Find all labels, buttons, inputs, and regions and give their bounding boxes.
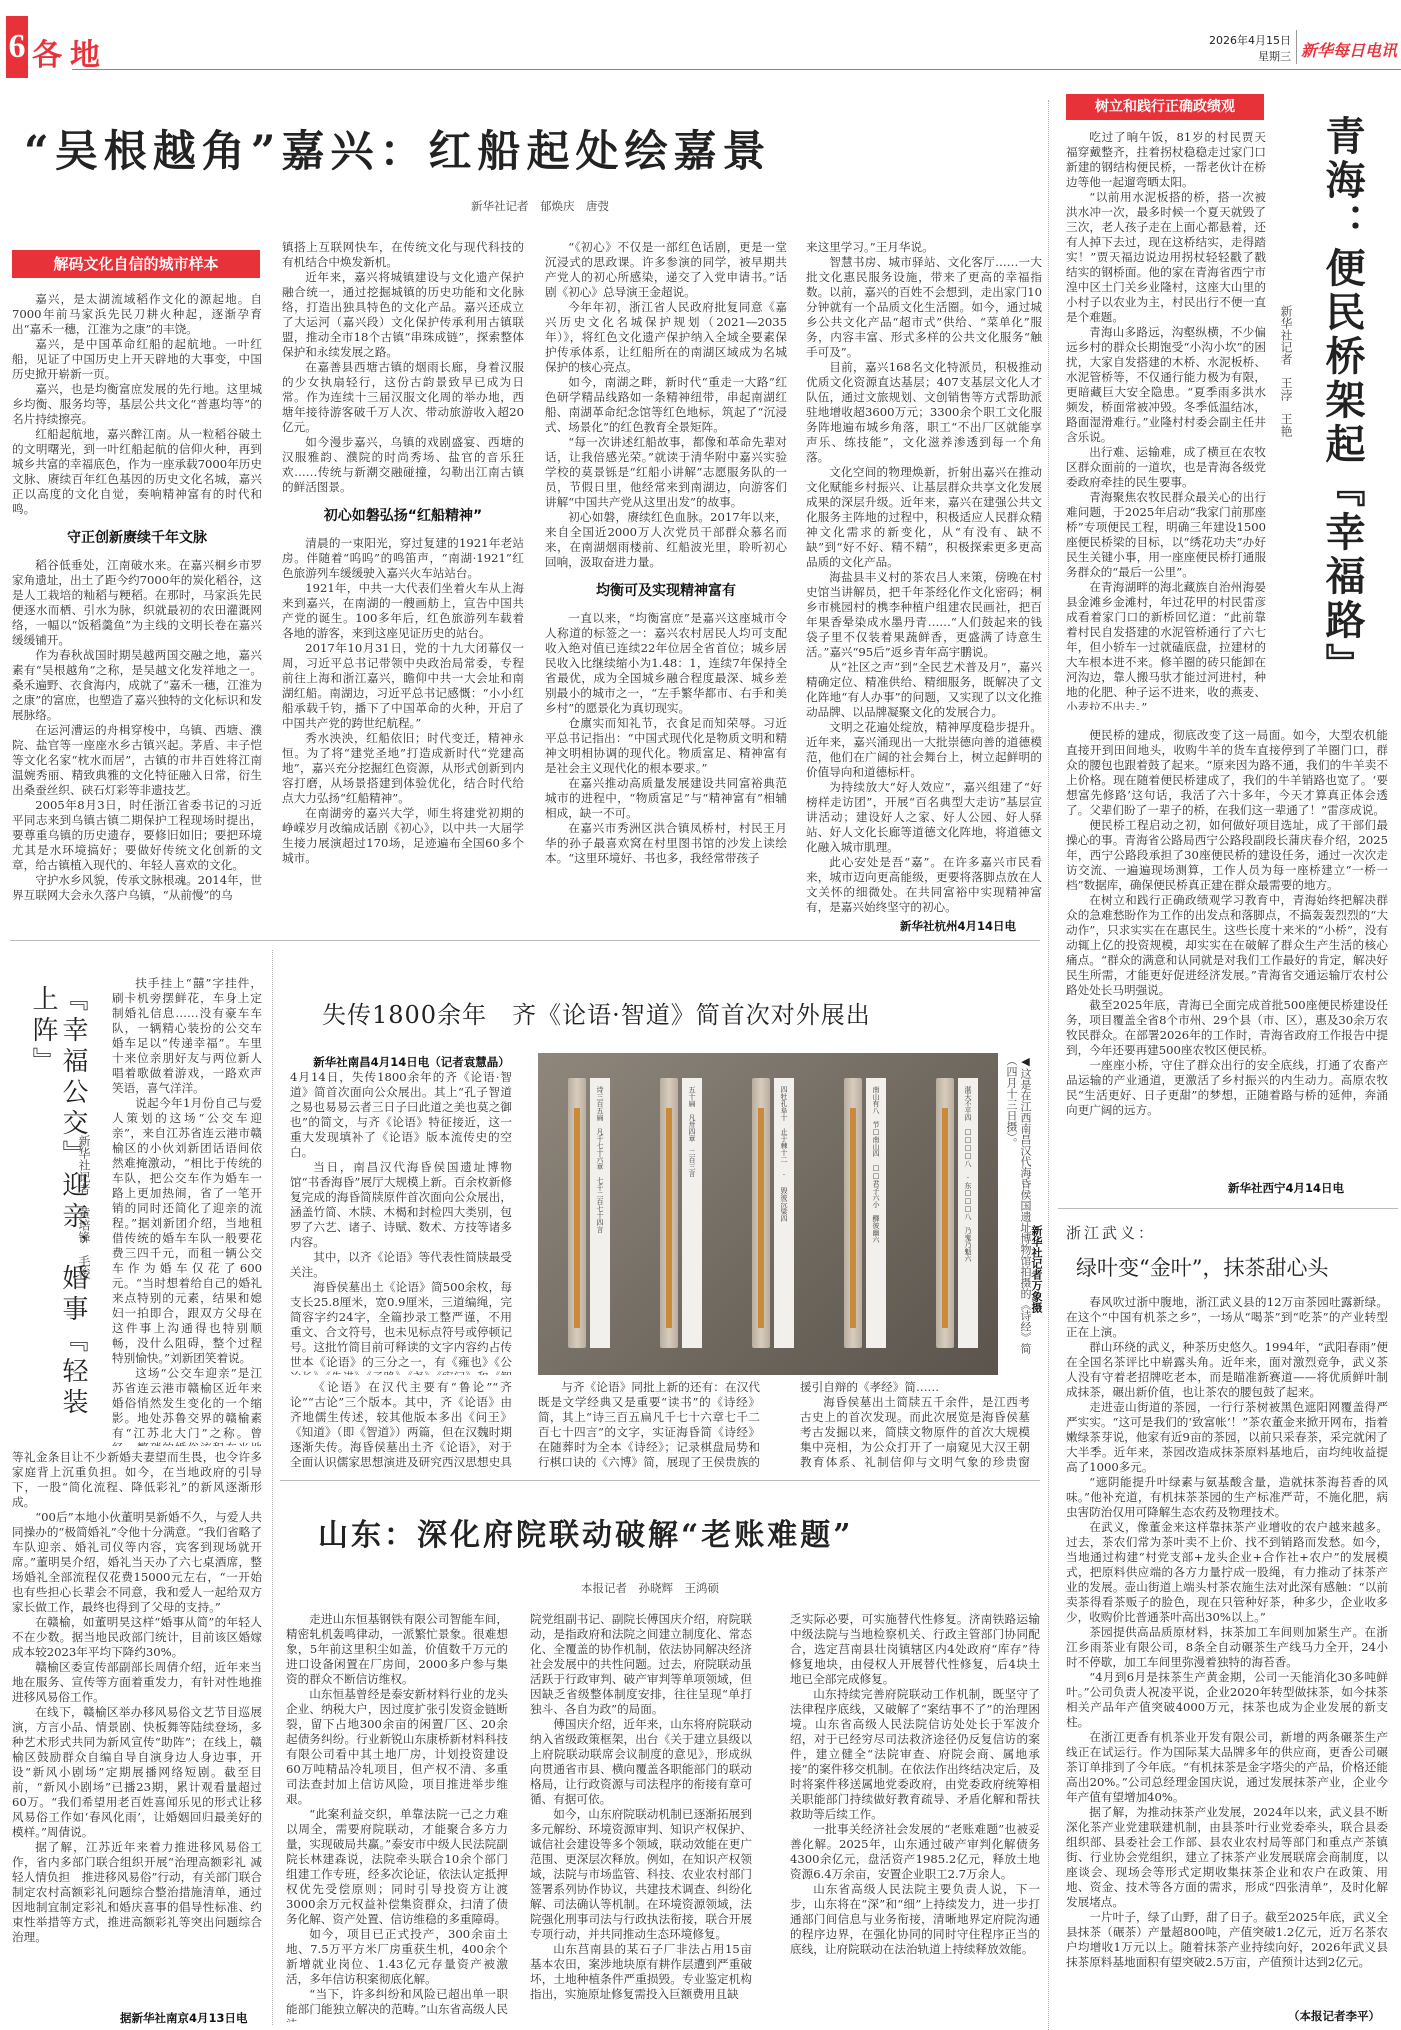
wedding-col-wide: 等礼金条目让不少新婚夫妻望而生畏，也令许多家庭背上沉重负担。如今，在当地政府的引… — [12, 1450, 262, 2025]
headline-shandong: 山东：深化府院联动破解“老账难题” — [318, 1510, 854, 1554]
qinghai-col-top: 吃过了晌午饭，81岁的村民贾天福穿戴整齐，拄着拐杖稳稳走过家门口新建的钢结构便民… — [1066, 130, 1266, 710]
section-name: 各地 — [32, 30, 108, 74]
jiaxing-col3: “《初心》不仅是一部红色话剧，更是一堂沉浸式的思政课。许多参演的同学，被早期共产… — [545, 240, 787, 932]
bamboo-slip-4 — [844, 1078, 862, 1348]
shandong-col3: 乏实际必要，可实施替代性修复。济南铁路运输中级法院与当地检察机关、行政主管部门协… — [790, 1612, 1040, 2022]
bamboo-slip-2 — [660, 1078, 678, 1348]
section-rule-qinghai — [1058, 1208, 1398, 1209]
column-divider-left — [272, 950, 273, 2025]
issue-weekday: 星期三 — [1258, 48, 1291, 64]
section-rule-1 — [10, 940, 1040, 941]
dateline-jiaxing: 新华社杭州4月14日电 — [900, 918, 1016, 934]
lead-sign-lunyu: 新华社南昌4月14日电（记者袁慧晶） — [313, 1055, 510, 1069]
subhead-jiaxing-2: 初心如磐弘扬“红船精神” — [282, 509, 524, 524]
byline-jiaxing: 新华社记者 郁焕庆 唐弢 — [420, 198, 660, 214]
column-tag-qinghai: 树立和践行正确政绩观 — [1066, 94, 1264, 120]
byline-qinghai: 新华社记者 王浡 王艳 — [1278, 305, 1295, 505]
headline-jiaxing: “吴根越角”嘉兴：红船起处绘嘉景 — [24, 118, 771, 179]
bamboo-slip-1 — [568, 1078, 586, 1348]
caption-arrow-icon: ◀ — [1019, 1055, 1032, 1068]
shandong-col1: 走进山东恒基钢铁有限公司智能车间，精密轧机轰鸣律动，一派繁忙景象。很难想象，5年… — [286, 1612, 508, 2022]
subhead-jiaxing-3: 均衡可及实现精神富有 — [545, 584, 787, 599]
page-number: 6 — [6, 22, 28, 72]
kicker-wuyi: 浙江武义： — [1066, 1222, 1156, 1243]
wuyi-body: 春风吹过浙中腹地，浙江武义县的12万亩茶园吐露新绿。在这个“中国有机茶之乡”，一… — [1066, 1295, 1388, 2015]
headline-wuyi: 绿叶变“金叶”，抹茶甜心头 — [1076, 1252, 1328, 1282]
masthead: 6 各地 2026年4月15日 星期三 新华每日电讯 — [0, 0, 1401, 80]
wedding-col-narrow: 扶手挂上“囍”字挂件，刷卡机旁摆鲜花，车身上定制婚礼信息……没有豪车车队，一辆精… — [112, 976, 262, 1446]
section-rule-2 — [280, 1480, 1040, 1481]
masthead-divider — [1296, 30, 1297, 64]
bamboo-slip-3 — [752, 1078, 770, 1348]
lunyu-col2: 与齐《论语》同批上新的还有：在汉代既是文学经典又是重要“读书”的《诗经》简，其上… — [538, 1380, 760, 1470]
lunyu-col1-bottom: 《论语》在汉代主要有“鲁论”“齐论”“古论”三个版本。其中，齐《论语》由齐地儒生… — [290, 1380, 512, 1470]
qinghai-col-full: 便民桥的建成，彻底改变了这一局面。如今，大型农机能直接开到田间地头，收购牛羊的货… — [1066, 728, 1388, 1148]
headline-qinghai: 青海：便民桥架起『幸福路』 — [1318, 115, 1366, 675]
slip-label-4: 南山有八 节□南山四 □□君子六小 醳彼幽六 — [866, 1078, 886, 1348]
slip-label-3: 四牡孔阜十 止于棘十二 · 毁彼沅梁四 — [774, 1078, 794, 1348]
paper-logo: 新华每日电讯 — [1301, 38, 1397, 61]
photo-credit: 新华社记者万象摄 — [1028, 1225, 1044, 1375]
byline-wedding: 新华社记者 黄培锋 毛俊 — [76, 1135, 93, 1335]
subhead-jiaxing-1: 守正创新赓续千年文脉 — [12, 531, 262, 546]
jiaxing-col1: 嘉兴，是太湖流域稻作文化的源起地。自7000年前马家浜先民刀耕火种起，逐渐孕育出… — [12, 292, 262, 932]
headline-lunyu: 失传1800余年 齐《论语·智道》简首次对外展出 — [322, 995, 871, 1030]
bamboo-slip-5 — [936, 1078, 954, 1348]
jiaxing-col2: 镇搭上互联网快车，在传统文化与现代科技的有机结合中焕发新机。 近年来，嘉兴将城镇… — [282, 240, 524, 932]
column-tag-jiaxing: 解码文化自信的城市样本 — [12, 250, 260, 278]
jiaxing-col4: 来这里学习。”王月华说。 智慧书房、城市驿站、文化客厅……一大批文化惠民服务设施… — [806, 240, 1042, 914]
shandong-col2: 院党组副书记、副院长傅国庆介绍，府院联动，是指政府和法院之间建立制度化、常态化、… — [530, 1612, 752, 2022]
slip-label-5: 湛天不平四 □□□□八 ·东□□□八 乃鬼乃魁六 — [958, 1078, 978, 1348]
slip-label-1: 诗三百五扁 凡千七十六章 七千二百七十四言 — [590, 1078, 610, 1348]
dateline-wedding: 据新华社南京4月13日电 — [120, 2010, 248, 2026]
dateline-qinghai: 新华社西宁4月14日电 — [1228, 1180, 1344, 1196]
photo-bamboo-slips: 诗三百五扁 凡千七十六章 七千二百七十四言 五十扁 凡卅四章 二百三言 四牡孔阜… — [538, 1053, 998, 1375]
lunyu-col3: 援引自辩的《孝经》简…… 海昏侯墓出土简牍五千余件，是江西考古史上的首次发现。而… — [800, 1380, 1030, 1470]
credit-wuyi: （本报记者李平） — [1288, 2008, 1380, 2024]
masthead-rule — [72, 69, 1401, 70]
lunyu-col1: 新华社南昌4月14日电（记者袁慧晶） 4月14日，失传1800余年的齐《论语·智… — [290, 1055, 512, 1375]
byline-shandong: 本报记者 孙晓辉 王鸿硕 — [520, 1580, 780, 1596]
issue-date: 2026年4月15日 — [1209, 32, 1291, 48]
slip-label-2: 五十扁 凡卅四章 二百三言 — [682, 1078, 702, 1348]
column-divider — [1048, 100, 1049, 2030]
